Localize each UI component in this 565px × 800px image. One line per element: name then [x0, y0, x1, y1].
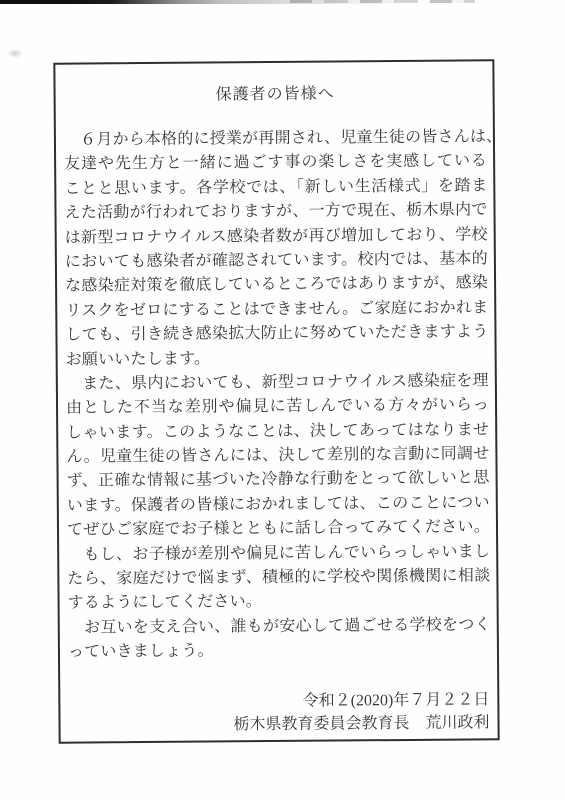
letter-title: 保護者の皆様へ — [64, 83, 487, 106]
body-line: な感染症対策を徹底しているところではありますが、感染 — [65, 272, 488, 300]
body-line: 由とした不当な差別や偏見に苦しんでいる方々がいらっ — [66, 394, 489, 422]
body-line: います。保護者の皆様におかれましては、このことについ — [67, 491, 490, 519]
letter-frame: 保護者の皆様へ ６月から本格的に授業が再開され、児童生徒の皆さんは、友達や先生方… — [53, 59, 499, 743]
body-line: ず、正確な情報に基づいた冷静な行動をとって欲しいと思 — [67, 467, 490, 495]
body-line: は新型コロナウイルス感染者数が再び増加しており、学校 — [65, 223, 488, 251]
scan-artifact-top-strip-faint — [290, 0, 475, 3]
body-line: お願いいたします。 — [66, 345, 489, 373]
signature-block: 令和２(2020)年７月２２日 栃木県教育委員会教育長 荒川政利 — [68, 688, 491, 737]
body-line: ことと思います。各学校では、「新しい生活様式」を踏ま — [64, 174, 487, 202]
body-line: ん。児童生徒の皆さんには、決して差別的な言動に同調せ — [66, 442, 489, 470]
body-line: するようにしてください。 — [67, 589, 490, 617]
body-line: また、県内においても、新型コロナウイルス感染症を理 — [66, 369, 489, 397]
body-line: しても、引き続き感染拡大防止に努めていただきますよう — [65, 320, 488, 348]
scan-artifact-smudge — [7, 49, 23, 58]
letter-body: ６月から本格的に授業が再開され、児童生徒の皆さんは、友達や先生方と一緒に過ごす事… — [64, 125, 491, 665]
body-line: においても感染者が確認されています。校内では、基本的 — [65, 247, 488, 275]
body-line: てぜひご家庭でお子様とともに話し合ってみてください。 — [67, 516, 490, 544]
body-line: しゃいます。このようなことは、決してあってはなりませ — [66, 418, 489, 446]
letter-signature: 栃木県教育委員会教育長 荒川政利 — [68, 711, 489, 737]
body-line: もし、お子様が差別や偏見に苦しんでいらっしゃいまし — [67, 540, 490, 568]
body-line: っていきましょう。 — [68, 638, 491, 666]
scanned-page: { "colors": { "paper": "#fefefe", "ink":… — [0, 0, 565, 800]
letter-date: 令和２(2020)年７月２２日 — [68, 688, 489, 714]
body-line: たら、家庭だけで悩まず、積極的に学校や関係機関に相談 — [67, 564, 490, 592]
body-line: 友達や先生方と一緒に過ごす事の楽しさを実感している — [64, 150, 487, 178]
body-line: えた活動が行われておりますが、一方で現在、栃木県内で — [64, 199, 487, 227]
body-line: ６月から本格的に授業が再開され、児童生徒の皆さんは、 — [64, 125, 487, 153]
body-line: リスクをゼロにすることはできません。ご家庭におかれま — [65, 296, 488, 324]
body-line: お互いを支え合い、誰もが安心して過ごせる学校をつく — [68, 613, 491, 641]
